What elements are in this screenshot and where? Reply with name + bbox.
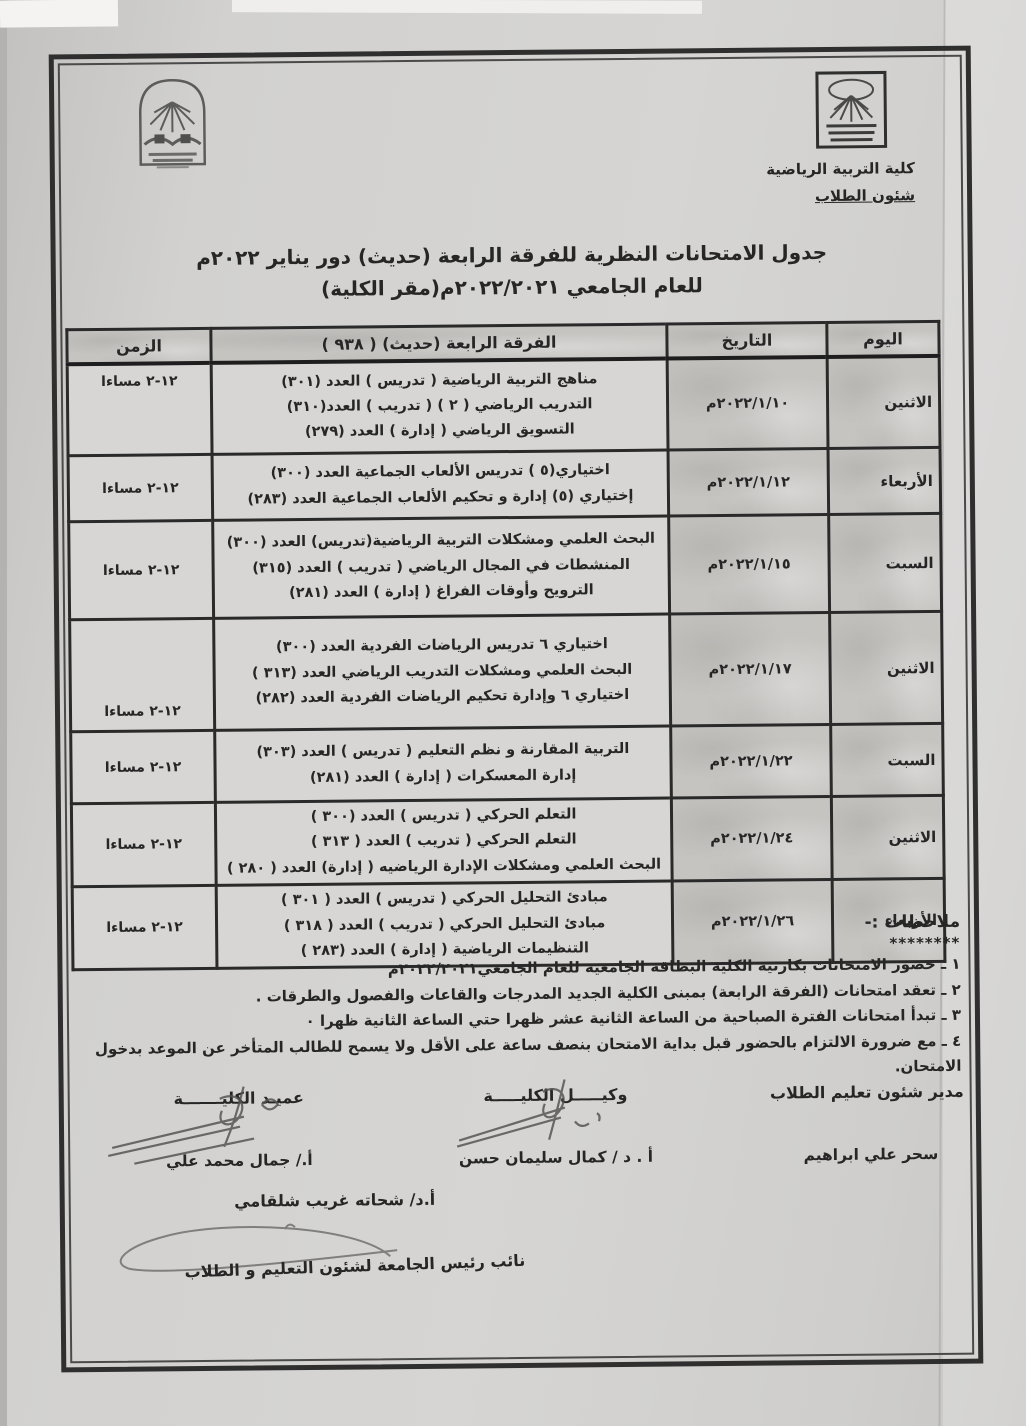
time-cell: ١٢-٢ مساءا xyxy=(67,362,212,455)
table-row: الاثنين٢٠٢٢/١/٢٤مالتعلم الحركي ( تدريس )… xyxy=(71,795,944,886)
vice-president-block: أ.د/ شحاته غريب شلقامي نائب رئيس الجامعة… xyxy=(105,1189,526,1279)
signature-name: أ . د / كمال سليمان حسن xyxy=(404,1147,707,1168)
table-row: الأربعاء٢٠٢٢/١/١٢ماختياري(٥ ) تدريس الأل… xyxy=(68,447,941,521)
page-border-frame: كلية التربية الرياضية شئون الطلاب جدول ا… xyxy=(49,46,984,1373)
date-cell: ٢٠٢٢/١/١٥م xyxy=(669,514,830,614)
university-emblem-icon xyxy=(814,69,889,150)
subject-line: الترويح وأوقات الفراغ ( إدارة ) العدد (٢… xyxy=(221,578,662,608)
time-cell: ١٢-٢ مساءا xyxy=(71,802,216,887)
date-cell: ٢٠٢٢/١/١٧م xyxy=(670,612,831,726)
note-item: ٤ ـ مع ضرورة الالتزام بالحضور قبل بداية … xyxy=(81,1028,961,1087)
time-cell: ١٢-٢ مساءا xyxy=(68,454,213,521)
vice-president-title: نائب رئيس الجامعة لشئون التعليم و الطلاب xyxy=(105,1251,525,1284)
column-header-date: التاريخ xyxy=(667,322,827,358)
faculty-emblem-icon xyxy=(126,72,219,191)
subject-line: المنشطات في المجال الرياضي ( تدريب ) الع… xyxy=(221,552,662,582)
subject-line: اختياري ٦ تدريس الرياضات الفردية العدد (… xyxy=(221,632,662,662)
signature-block-vice-dean: وكيـــــل الكليـــــة أ . د / كمال سليما… xyxy=(404,1084,708,1168)
subject-line: اختياري(٥ ) تدريس الألعاب الجماعية العدد… xyxy=(220,458,661,488)
signature-name: أ./ جمال محمد علي xyxy=(74,1150,404,1171)
scan-white-strip xyxy=(0,0,118,28)
subjects-cell: التعلم الحركي ( تدريس ) العدد (٣٠٠ )التع… xyxy=(215,798,672,885)
scanned-exam-schedule-page: { "page": { "org_line1": "كلية التربية ا… xyxy=(0,0,1026,1426)
day-cell: الاثنين xyxy=(830,611,943,724)
day-cell: الاثنين xyxy=(831,795,944,879)
subjects-cell: اختياري ٦ تدريس الرياضات الفردية العدد (… xyxy=(214,614,671,730)
signature-name: سحر علي ابراهيم xyxy=(708,1145,965,1165)
column-header-day: اليوم xyxy=(827,321,939,356)
signature-title: مدير شئون تعليم الطلاب xyxy=(707,1082,964,1103)
date-cell: ٢٠٢٢/١/٢٢م xyxy=(671,724,832,798)
date-cell: ٢٠٢٢/١/١٠م xyxy=(667,356,828,450)
table-row: السبت٢٠٢٢/١/٢٢مالتربية المقارنة و نظم ال… xyxy=(71,723,944,803)
day-cell: السبت xyxy=(829,513,942,612)
notes-list: ١ ـ حضور الامتحانات بكارنيه الكلية البطا… xyxy=(80,952,961,1088)
signature-block-dean: عميـد الكليـــــــة أ./ جمال محمد علي xyxy=(74,1087,405,1171)
time-cell: ١٢-٢ مساءا xyxy=(69,520,214,619)
table-row: الاثنين٢٠٢٢/١/١٠ممناهج التربية الرياضية … xyxy=(67,355,940,455)
subject-line: البحث العلمي ومشكلات التربية الرياضية(تد… xyxy=(220,527,661,557)
subject-line: البحث العلمي ومشكلات الإدارة الرياضيه ( … xyxy=(223,852,664,882)
subject-line: التربية المقارنة و نظم التعليم ( تدريس )… xyxy=(222,737,663,767)
time-cell: ١٢-٢ مساءا xyxy=(71,730,216,803)
subject-line: التسويق الرياضي ( إدارة ) العدد (٢٧٩) xyxy=(219,417,660,447)
notes-section: ملاحظات :- ******** ١ ـ حضور الامتحانات … xyxy=(80,912,962,1088)
subjects-cell: مناهج التربية الرياضية ( تدريس ) العدد (… xyxy=(211,358,668,454)
day-cell: الاثنين xyxy=(827,355,940,448)
scan-white-strip xyxy=(232,0,702,14)
column-header-subjects: الفرقة الرابعة (حديث) ( ٩٣٨ ) xyxy=(211,324,667,362)
day-cell: السبت xyxy=(831,723,944,796)
table-row: السبت٢٠٢٢/١/١٥مالبحث العلمي ومشكلات التر… xyxy=(69,513,942,619)
document-title: جدول الامتحانات النظرية للفرقة الرابعة (… xyxy=(66,235,959,308)
subject-line: اختياري ٦ وإدارة تحكيم الرياضات الفردية … xyxy=(222,683,663,713)
signature-title: وكيـــــل الكليـــــة xyxy=(404,1084,707,1106)
signatures-row: مدير شئون تعليم الطلاب سحر علي ابراهيم و… xyxy=(74,1082,967,1172)
subject-line: مبادئ التحليل الحركي ( تدريس ) العدد ( ٣… xyxy=(224,885,665,915)
subjects-cell: التربية المقارنة و نظم التعليم ( تدريس )… xyxy=(215,726,672,802)
student-affairs-label: شئون الطلاب xyxy=(766,182,915,210)
date-cell: ٢٠٢٢/١/٢٤م xyxy=(671,796,832,881)
day-cell: الأربعاء xyxy=(828,447,941,514)
date-cell: ٢٠٢٢/١/١٢م xyxy=(668,448,829,516)
time-cell: ١٢-٢ مساءا xyxy=(70,618,215,731)
table-row: الاثنين٢٠٢٢/١/١٧ماختياري ٦ تدريس الرياضا… xyxy=(70,611,943,731)
signature-title: عميـد الكليـــــــة xyxy=(74,1087,404,1109)
subject-line: مناهج التربية الرياضية ( تدريس ) العدد (… xyxy=(219,366,660,396)
signature-block-student-affairs-director: مدير شئون تعليم الطلاب سحر علي ابراهيم xyxy=(707,1082,966,1165)
subject-line: إدارة المعسكرات ( إدارة ) العدد (٢٨١) xyxy=(223,762,664,792)
vice-president-name: أ.د/ شحاته غريب شلقامي xyxy=(105,1189,525,1212)
subject-line: إختياري (٥) إدارة و تحكيم الألعاب الجماع… xyxy=(220,483,661,513)
org-header: كلية التربية الرياضية شئون الطلاب xyxy=(766,155,915,210)
exam-schedule-table: اليوم التاريخ الفرقة الرابعة (حديث) ( ٩٣… xyxy=(65,320,946,972)
subjects-cell: اختياري(٥ ) تدريس الألعاب الجماعية العدد… xyxy=(212,450,669,520)
faculty-name: كلية التربية الرياضية xyxy=(766,155,915,183)
subjects-cell: البحث العلمي ومشكلات التربية الرياضية(تد… xyxy=(213,516,670,618)
column-header-time: الزمن xyxy=(67,328,211,363)
scan-edge-shadow xyxy=(0,0,7,1426)
